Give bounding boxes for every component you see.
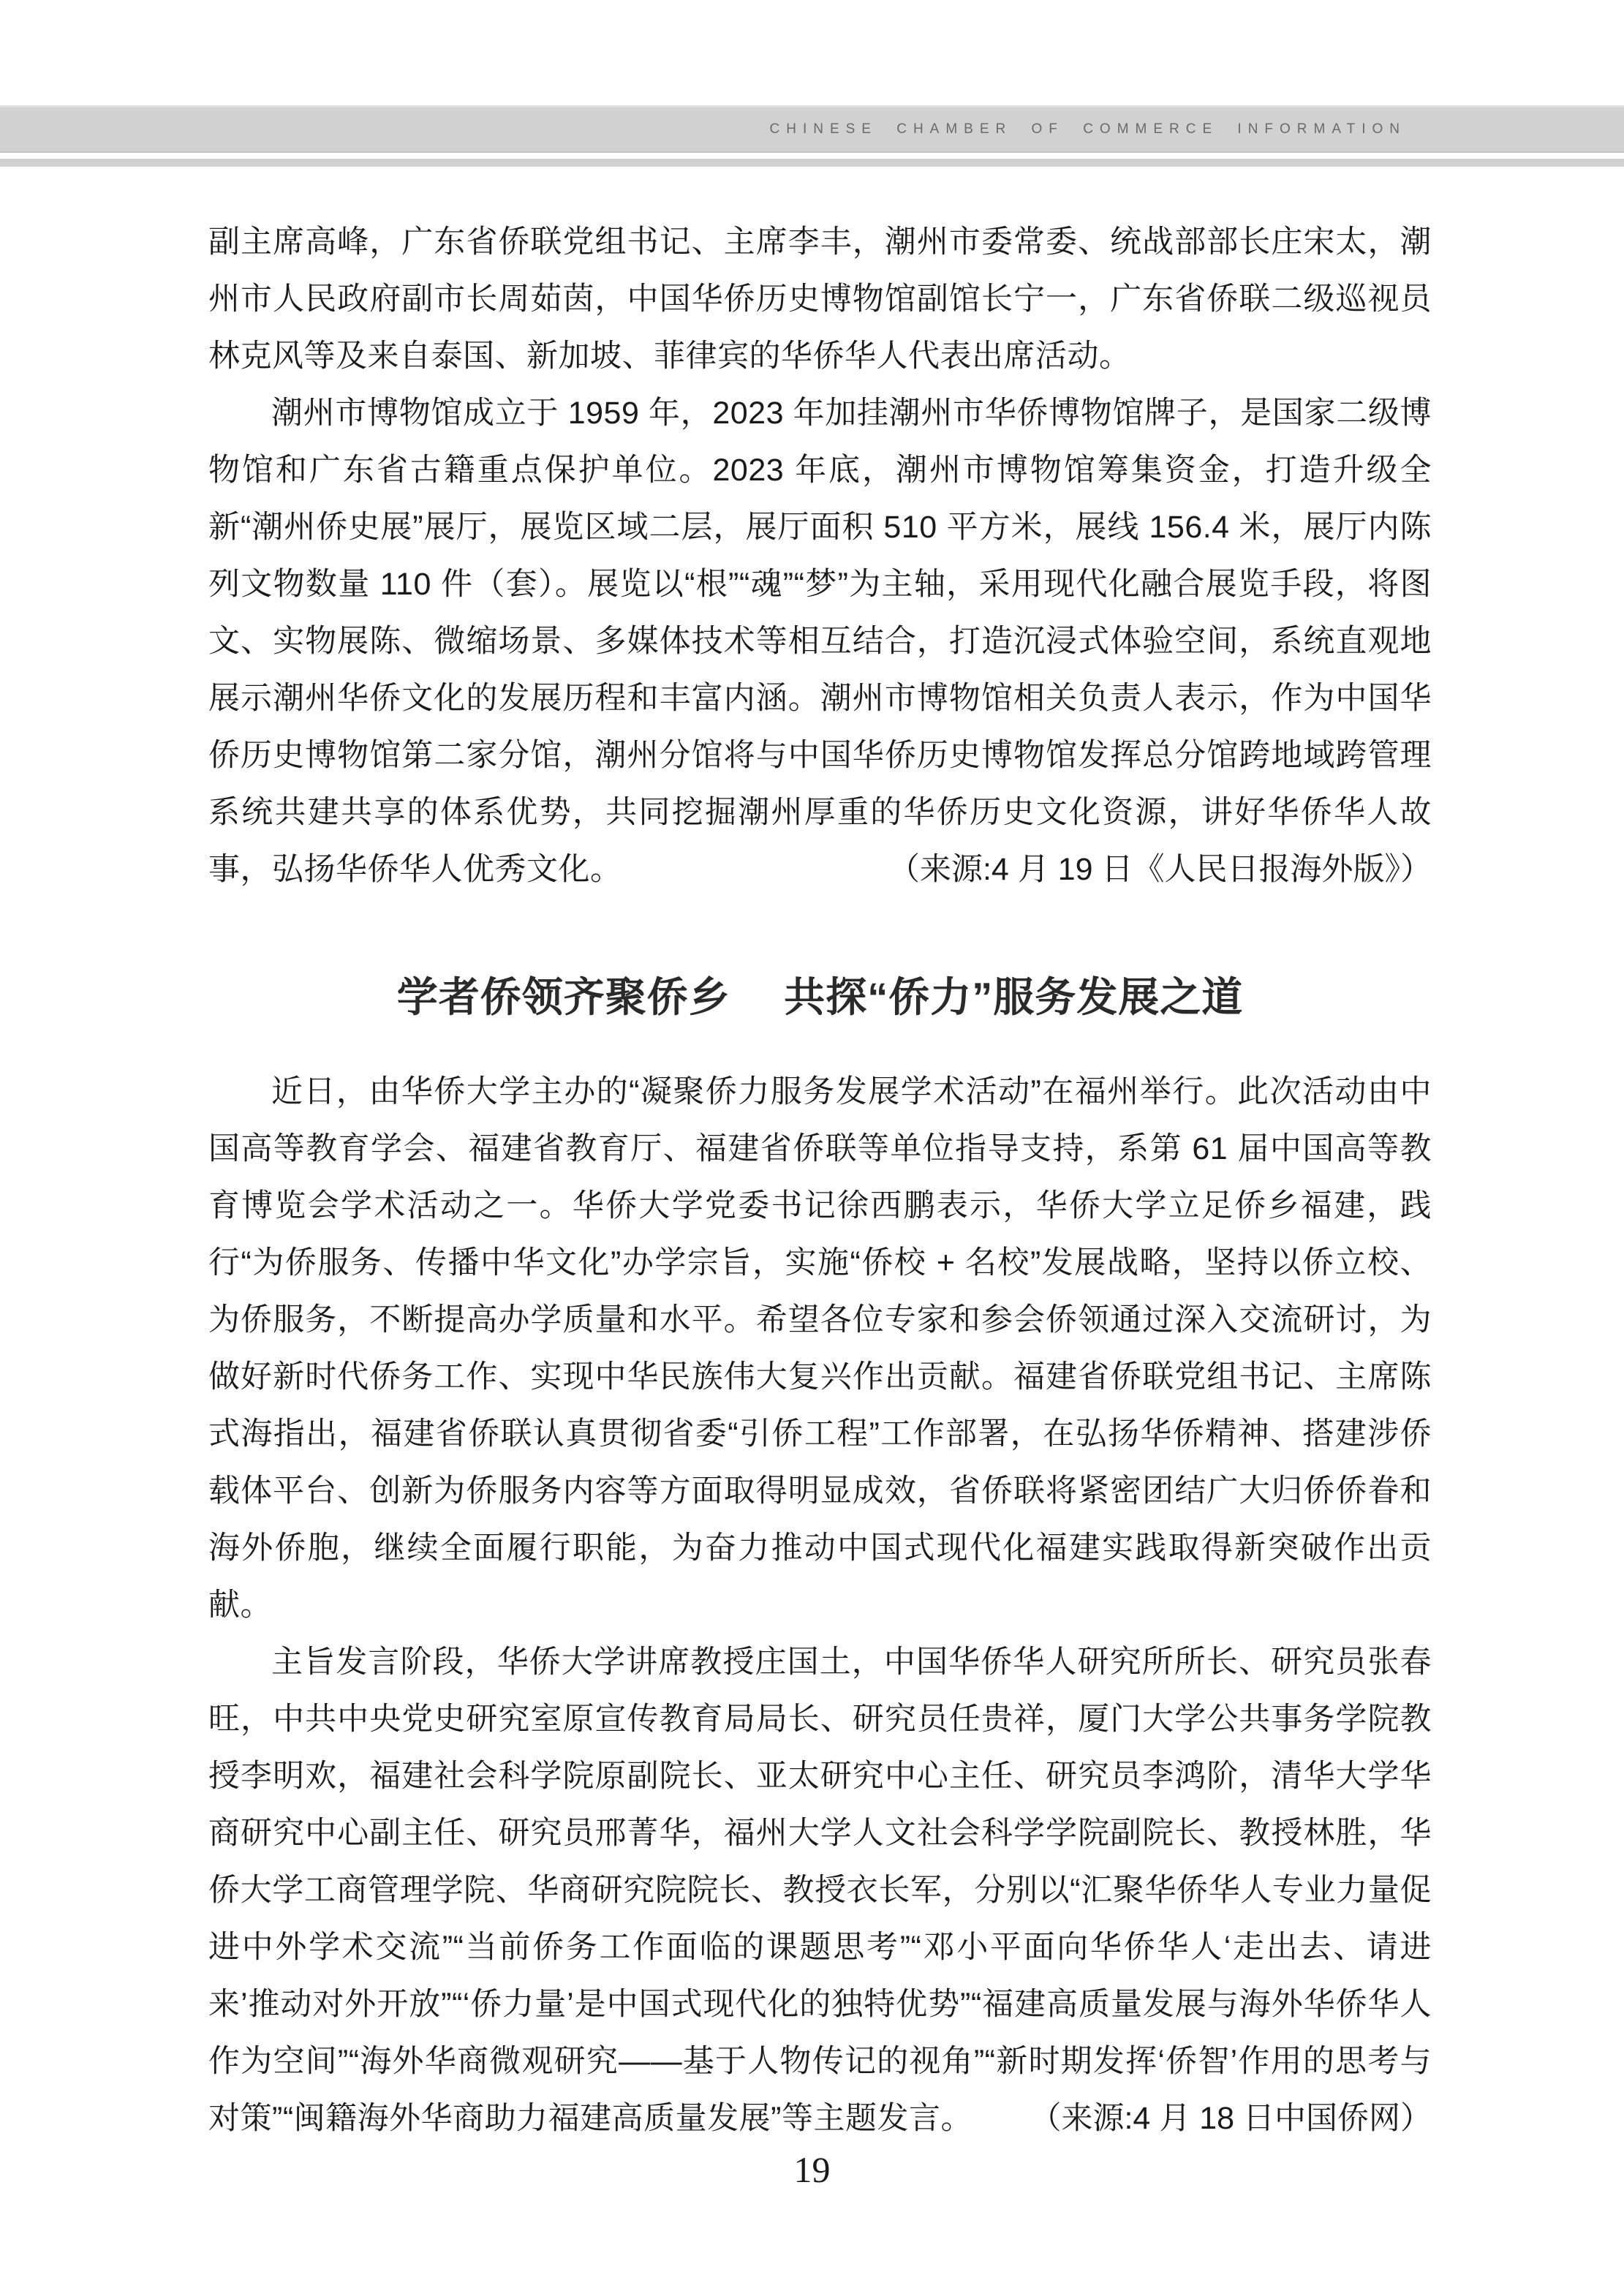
article-column: 副主席高峰，广东省侨联党组书记、主席李丰，潮州市委常委、统战部部长庄宋太，潮州市… [208, 0, 1432, 2147]
article2-paragraph-1: 近日，由华侨大学主办的“凝聚侨力服务发展学术活动”在福州举行。此次活动由中国高等… [208, 1063, 1432, 1634]
article1-paragraph-continuation: 副主席高峰，广东省侨联党组书记、主席李丰，潮州市委常委、统战部部长庄宋太，潮州市… [208, 214, 1432, 385]
article2-paragraph-2: 主旨发言阶段，华侨大学讲席教授庄国土，中国华侨华人研究所所长、研究员张春旺，中共… [208, 1634, 1432, 2147]
article1-paragraph-2: 潮州市博物馆成立于 1959 年，2023 年加挂潮州市华侨博物馆牌子，是国家二… [208, 385, 1432, 898]
article2-title: 学者侨领齐聚侨乡 共探“侨力”服务发展之道 [208, 968, 1432, 1027]
page-number: 19 [0, 2148, 1624, 2191]
document-page: CHINESE CHAMBER OF COMMERCE INFORMATION … [0, 0, 1624, 2272]
